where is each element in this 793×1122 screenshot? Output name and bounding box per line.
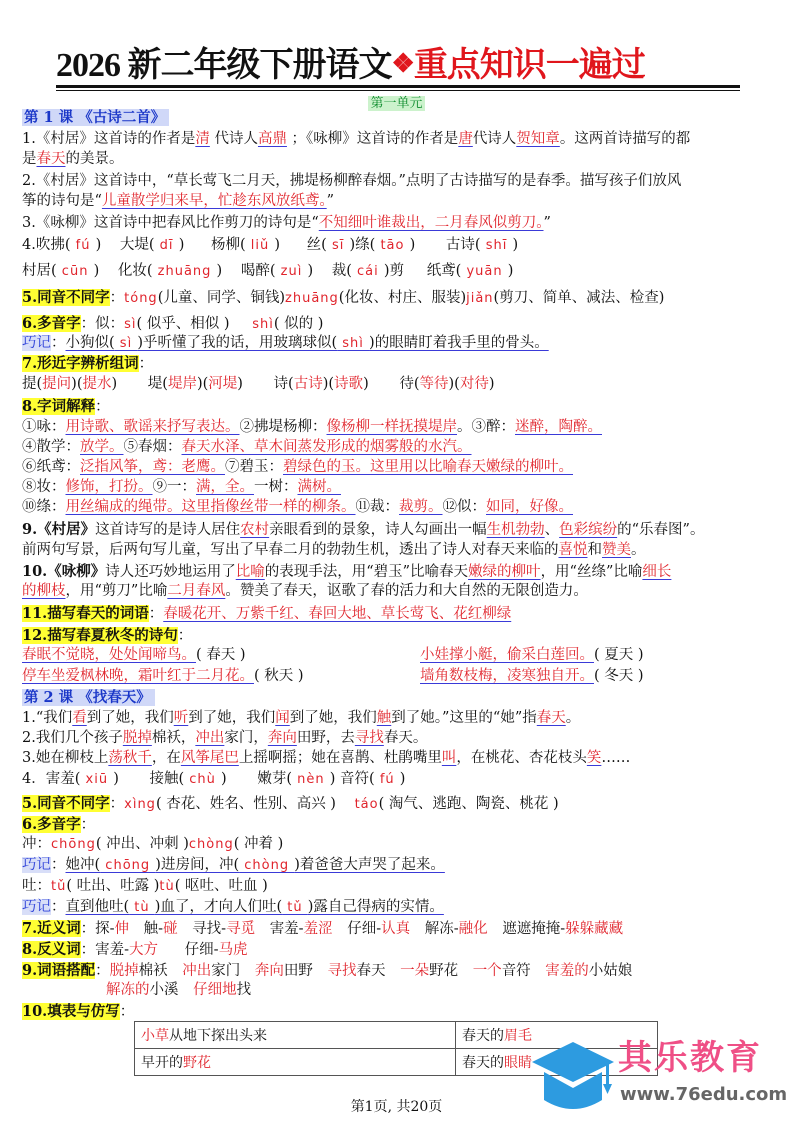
- l1-q12-poem-winter: 墙角数枝梅，凌寒独自开。( 冬天 ): [420, 667, 644, 686]
- l1-q10-cont: 的柳枝，用“剪刀”比喻二月春风。赞美了春天，讴歌了春的活力和大自然的无限创造力。: [22, 582, 588, 601]
- l1-q8-line5: ⑩绦：用丝编成的绳带。这里指像丝带一样的柳条。⑪裁：裁剪。⑫似：如同，好像。: [22, 498, 573, 517]
- l2-q5: 5.同音不同字：xìng( 杏花、姓名、性别、高兴 ) táo( 淘气、逃跑、陶…: [22, 794, 559, 814]
- l1-q8-line1: ①咏：用诗歌、歌谣来抒写表达。②拂堤杨柳：像杨柳一样抚摸堤岸。③醉：迷醉，陶醉。: [22, 418, 602, 437]
- l2-q3: 3.她在柳枝上荡秋千，在风筝尾巴上摇啊摇；她在喜鹊、杜鹃嘴里叫，在桃花、杏花枝头…: [22, 749, 630, 768]
- l2-q8: 8.反义词：害羞-大方 仔细-马虎: [22, 940, 248, 960]
- l2-q9-row2: 解冻的小溪 仔细地找: [106, 981, 251, 1000]
- l2-q6-tu-tip: 巧记：直到他吐( tù )血了，才向人们吐( tǔ )露自己得病的实情。: [22, 898, 444, 917]
- watermark-url: www.76edu.com: [620, 1084, 787, 1105]
- lesson1-header: 第 1 课 《古诗二首》: [22, 108, 169, 128]
- document-page: 2026 新二年级下册语文❖重点知识一遍过 第一单元 第 1 课 《古诗二首》 …: [0, 0, 793, 1122]
- l1-q8-line4: ⑧妆：修饰，打扮。⑨一：满，全。一树：满树。: [22, 478, 341, 497]
- table-cell: 早开的野花: [135, 1049, 456, 1076]
- l2-q6-label: 6.多音字：: [22, 815, 95, 835]
- l1-q12-poem-autumn: 停车坐爱枫林晚，霜叶红于二月花。( 秋天 ): [22, 667, 304, 686]
- title-rule-thick: [56, 85, 740, 88]
- diamond-icon: ❖: [392, 49, 414, 78]
- l1-q4-row1: 4.吹拂( fú ) 大堤( dī ) 杨柳( liǔ ) 丝( sī )绦( …: [22, 236, 518, 255]
- title-rule-thin: [56, 90, 740, 91]
- l1-q10: 10.《咏柳》诗人还巧妙地运用了比喻的表现手法，用“碧玉”比喻春天嫩绿的柳叶，用…: [22, 562, 671, 582]
- l1-q8-line2: ④散学：放学。⑤春烟：春天水泽、草木间蒸发形成的烟雾般的水汽。: [22, 438, 472, 457]
- l1-q12-poem-summer: 小娃撑小艇，偷采白莲回。( 夏天 ): [420, 646, 644, 665]
- graduation-cap-icon: [530, 1038, 616, 1118]
- l1-q5: 5.同音不同字：tóng(儿童、同学、铜钱)zhuāng(化妆、村庄、服装)ji…: [22, 288, 664, 308]
- l1-q6-tip: 巧记：小狗似( sì )乎听懂了我的话，用玻璃球似( shì )的眼睛盯着我手里…: [22, 334, 549, 353]
- title-main: 2026 新二年级下册语文: [56, 47, 392, 84]
- lesson2-header: 第 2 课 《找春天》: [22, 688, 155, 708]
- l1-q4-row2: 村居( cūn ) 化妆( zhuāng ) 喝醉( zuì ) 裁( cái …: [22, 262, 513, 281]
- l2-q6-tu: 吐：tǔ( 吐出、吐露 )tù( 呕吐、吐血 ): [22, 877, 268, 896]
- l2-q10-label: 10.填表与仿写：: [22, 1002, 134, 1022]
- l1-q3: 3.《咏柳》这首诗中把春风比作剪刀的诗句是“不知细叶谁裁出，二月春风似剪刀。”: [22, 214, 551, 233]
- l1-q8-line3: ⑥纸鸢：泛指风筝，鸢：老鹰。⑦碧玉：碧绿色的玉。这里用以比喻春天嫩绿的柳叶。: [22, 458, 573, 477]
- l1-q1-cont: 是春天的美景。: [22, 150, 124, 169]
- l1-q11: 11.描写春天的词语：春暖花开、万紫千红、春回大地、草长莺飞、花红柳绿: [22, 604, 511, 624]
- l2-q2: 2.我们几个孩子脱掉棉袄，冲出家门，奔向田野，去寻找春天。: [22, 729, 427, 748]
- l1-q8-label: 8.字词解释：: [22, 397, 110, 417]
- l1-q2-cont: 筝的诗句是“儿童散学归来早，忙趁东风放纸鸢。”: [22, 192, 334, 211]
- l2-q9: 9.词语搭配：脱掉棉袄 冲出家门 奔向田野 寻找春天 一朵野花 一个音符 害羞的…: [22, 961, 632, 981]
- l1-q6: 6.多音字：似：sì( 似乎、相似 ) shì( 似的 ): [22, 314, 323, 334]
- l1-q9: 9.《村居》这首诗写的是诗人居住农村亲眼看到的景象，诗人勾画出一幅生机勃勃、色彩…: [22, 520, 704, 540]
- table-cell: 小草从地下探出头来: [135, 1022, 456, 1049]
- l1-q2: 2.《村居》这首诗中，“草长莺飞二月天，拂堤杨柳醉春烟。”点明了古诗描写的是春季…: [22, 172, 681, 191]
- l1-q1: 1.《村居》这首诗的作者是清 代诗人高鼎 ；《咏柳》这首诗的作者是唐代诗人贺知章…: [22, 130, 690, 149]
- l1-q9-cont: 前两句写景，后两句写儿童，写出了早春二月的勃勃生机，透出了诗人对春天来临的喜悦和…: [22, 541, 646, 560]
- l1-q7-groups: 提(提问)(提水) 堤(堤岸)(河堤) 诗(古诗)(诗歌) 待(等待)(对待): [22, 375, 495, 394]
- l1-q7-label: 7.形近字辨析组词：: [22, 354, 153, 374]
- l2-q6-chong-tip: 巧记：她冲( chōng )进房间，冲( chòng )着爸爸大声哭了起来。: [22, 856, 445, 875]
- l2-q7: 7.近义词：探-伸 触-碰 寻找-寻觅 害羞-羞涩 仔细-认真 解冻-融化 遮遮…: [22, 919, 623, 939]
- watermark: 其乐教育 www.76edu.com: [530, 1030, 793, 1122]
- title-highlight: 重点知识一遍过: [414, 47, 645, 84]
- l1-q12-poem-spring: 春眠不觉晓，处处闻啼鸟。( 春天 ): [22, 646, 246, 665]
- watermark-brand: 其乐教育: [618, 1030, 762, 1079]
- l2-q6-chong: 冲：chōng( 冲出、冲刺 )chòng( 冲着 ): [22, 835, 283, 854]
- l1-q12-label: 12.描写春夏秋冬的诗句：: [22, 626, 192, 646]
- l2-q1: 1.“我们看到了她，我们听到了她，我们闻到了她，我们触到了她。”这里的“她”指春…: [22, 709, 580, 728]
- l2-q4: 4．害羞( xiū ) 接触( chù ) 嫩芽( nèn ) 音符( fú ): [22, 770, 405, 789]
- document-title: 2026 新二年级下册语文❖重点知识一遍过: [56, 42, 740, 86]
